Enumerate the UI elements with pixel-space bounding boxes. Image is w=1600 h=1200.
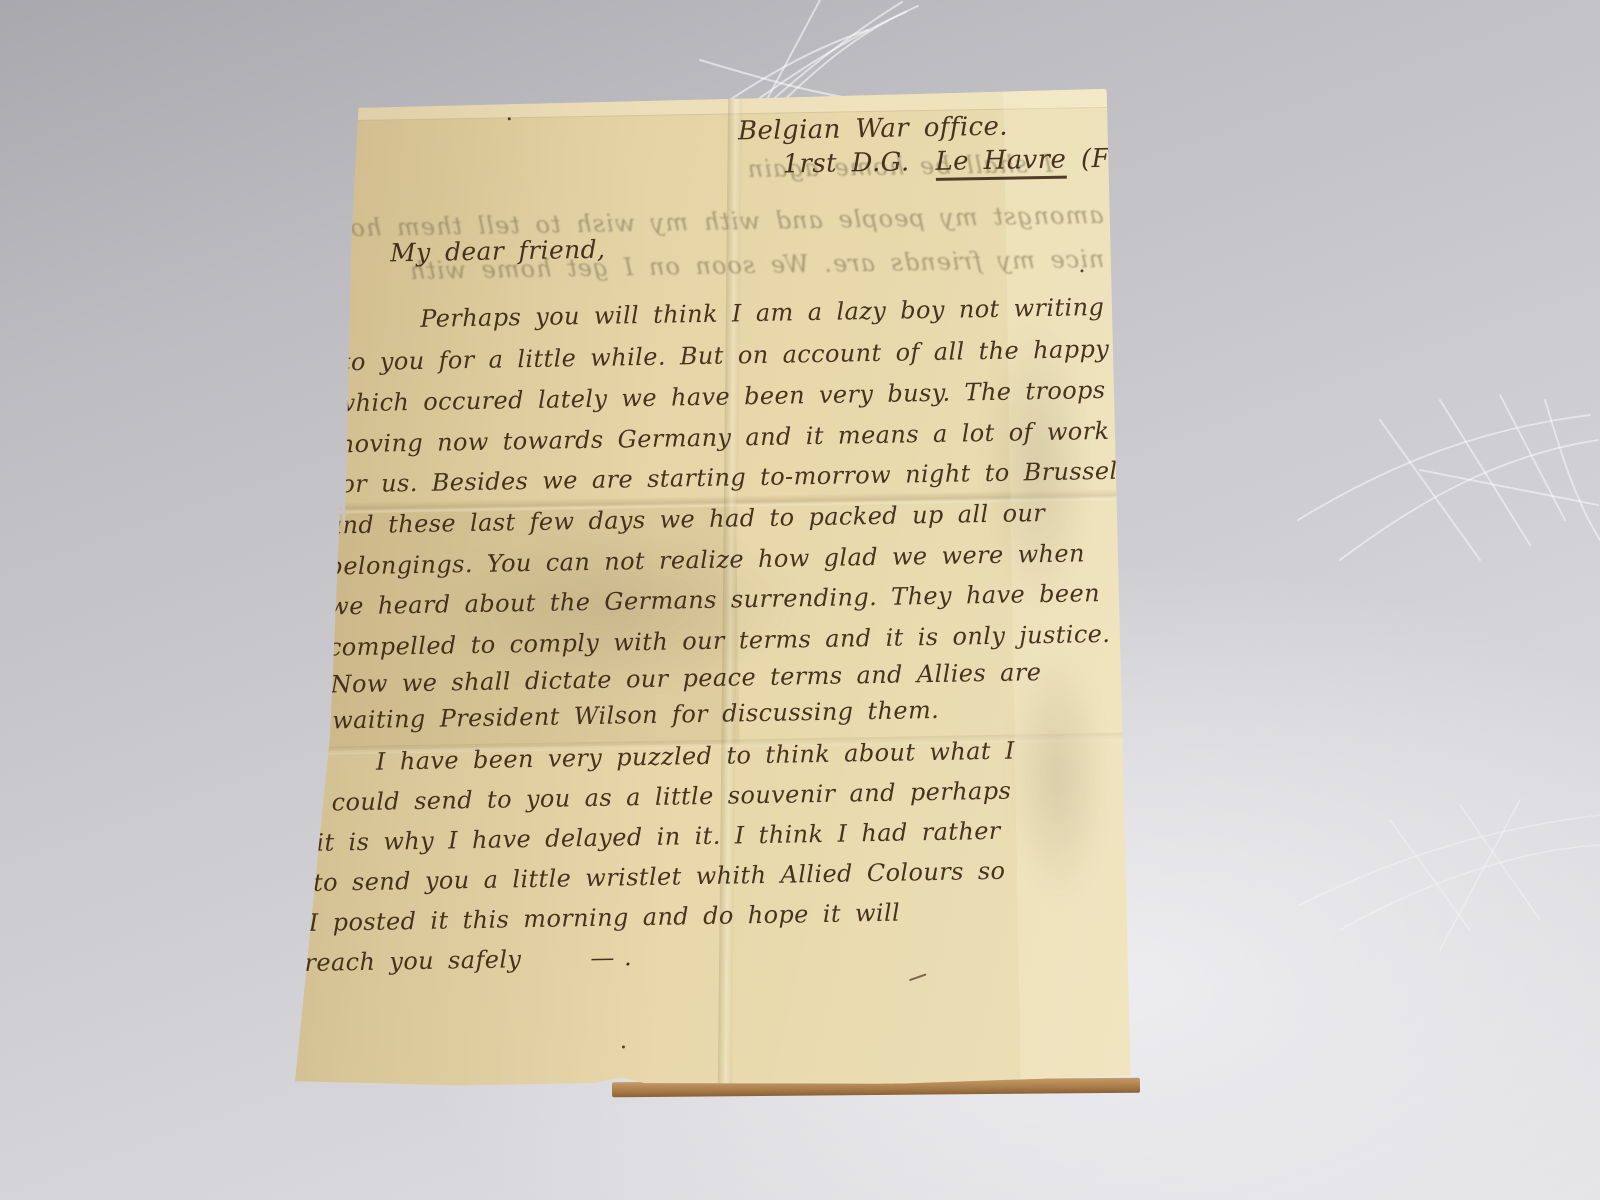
letterhead-unit: 1rst D.G.	[782, 146, 909, 180]
paper-speck	[622, 1045, 625, 1048]
handwriting-line-17: reach you safely	[304, 943, 521, 979]
scratch-line	[1300, 815, 1600, 905]
scratch-line	[1340, 440, 1598, 560]
paper-speck	[1080, 269, 1083, 272]
closing-flourish: — .	[590, 941, 630, 974]
scratch-line	[1340, 845, 1600, 930]
stray-ink-mark	[909, 973, 927, 981]
letterhead-place-underlined: Le Havre	[935, 145, 1066, 181]
paper-speck	[508, 117, 511, 120]
scratch-line	[1390, 820, 1470, 930]
salutation: My dear friend,	[390, 234, 606, 270]
letter-paper: I shall be home again amongst my people …	[275, 85, 1130, 1094]
letterhead-office: Belgian War office.	[738, 111, 1008, 148]
scratch-line	[1420, 470, 1598, 505]
scratch-line	[1460, 805, 1540, 920]
scratch-line	[1500, 395, 1565, 520]
scratch-line	[1298, 415, 1590, 520]
